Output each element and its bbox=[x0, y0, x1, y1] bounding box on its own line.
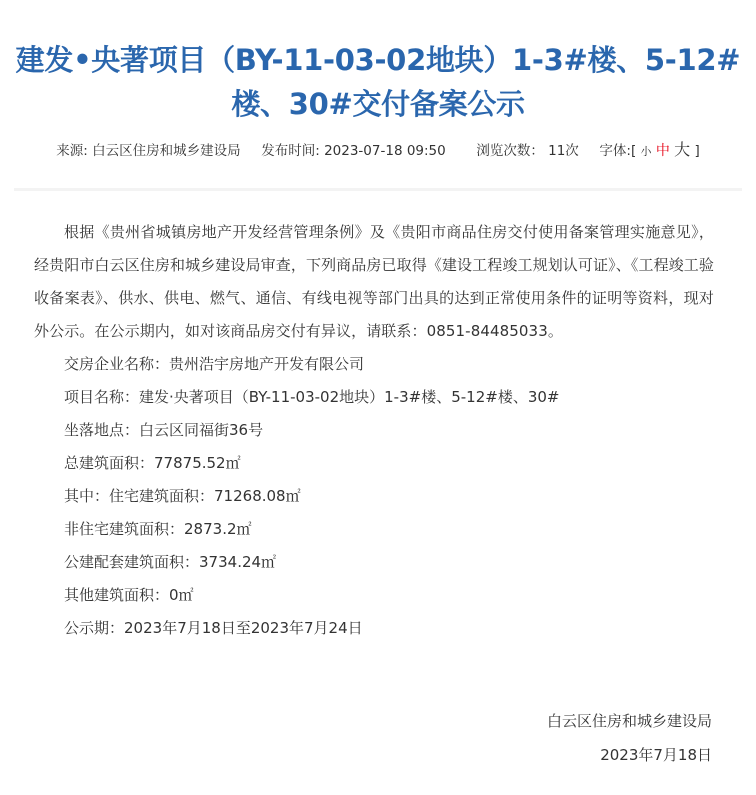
field-value: 77875.52㎡ bbox=[154, 454, 241, 472]
field-residential-area: 其中：住宅建筑面积：71268.08㎡ bbox=[34, 480, 714, 513]
article-body: 根据《贵州省城镇房地产开发经营管理条例》及《贵阳市商品住房交付使用备案管理实施意… bbox=[34, 216, 714, 645]
field-label: 项目名称： bbox=[64, 388, 139, 406]
field-label: 交房企业名称： bbox=[64, 355, 169, 373]
header-divider bbox=[14, 188, 742, 191]
field-label: 其中：住宅建筑面积： bbox=[64, 487, 214, 505]
field-value: 白云区同福街36号 bbox=[139, 421, 263, 439]
field-project-name: 项目名称：建发·央著项目（BY-11-03-02地块）1-3#楼、5-12#楼、… bbox=[34, 381, 714, 414]
field-non-residential-area: 非住宅建筑面积：2873.2㎡ bbox=[34, 513, 714, 546]
field-total-area: 总建筑面积：77875.52㎡ bbox=[34, 447, 714, 480]
font-size-large-button[interactable]: 大 bbox=[674, 140, 690, 159]
signature-date: 2023年7月18日 bbox=[412, 744, 712, 765]
field-value: 贵州浩宇房地产开发有限公司 bbox=[169, 355, 364, 373]
font-size-small-button[interactable]: 小 bbox=[641, 145, 652, 158]
field-publicity-period: 公示期：2023年7月18日至2023年7月24日 bbox=[34, 612, 714, 645]
font-size-close-bracket: ] bbox=[694, 143, 699, 159]
field-label: 公示期： bbox=[64, 619, 124, 637]
publish-time-label: 发布时间: bbox=[261, 143, 320, 159]
field-value: 71268.08㎡ bbox=[214, 487, 301, 505]
intro-paragraph: 根据《贵州省城镇房地产开发经营管理条例》及《贵阳市商品住房交付使用备案管理实施意… bbox=[34, 216, 714, 348]
field-other-area: 其他建筑面积：0㎡ bbox=[34, 579, 714, 612]
field-value: 建发·央著项目（BY-11-03-02地块）1-3#楼、5-12#楼、30# bbox=[139, 388, 559, 406]
field-location: 坐落地点：白云区同福街36号 bbox=[34, 414, 714, 447]
view-count-value: 11次 bbox=[548, 143, 579, 159]
field-value: 3734.24㎡ bbox=[199, 553, 276, 571]
field-label: 其他建筑面积： bbox=[64, 586, 169, 604]
field-value: 0㎡ bbox=[169, 586, 194, 604]
signature-organization: 白云区住房和城乡建设局 bbox=[412, 710, 712, 731]
source-value: 白云区住房和城乡建设局 bbox=[92, 143, 241, 159]
publish-time-value: 2023-07-18 09:50 bbox=[324, 143, 446, 159]
field-label: 总建筑面积： bbox=[64, 454, 154, 472]
article-meta: 来源: 白云区住房和城乡建设局 发布时间: 2023-07-18 09:50 浏… bbox=[0, 137, 756, 160]
page-title: 建发•央著项目（BY-11-03-02地块）1-3#楼、5-12#楼、30#交付… bbox=[0, 38, 756, 126]
view-count-label: 浏览次数： bbox=[476, 143, 544, 159]
field-developer: 交房企业名称：贵州浩宇房地产开发有限公司 bbox=[34, 348, 714, 381]
field-label: 坐落地点： bbox=[64, 421, 139, 439]
field-label: 公建配套建筑面积： bbox=[64, 553, 199, 571]
field-public-facility-area: 公建配套建筑面积：3734.24㎡ bbox=[34, 546, 714, 579]
field-label: 非住宅建筑面积： bbox=[64, 520, 184, 538]
font-size-medium-button[interactable]: 中 bbox=[656, 143, 670, 159]
field-value: 2873.2㎡ bbox=[184, 520, 252, 538]
source-label: 来源: bbox=[56, 143, 88, 159]
field-value: 2023年7月18日至2023年7月24日 bbox=[124, 619, 363, 637]
font-size-label: 字体:[ bbox=[599, 143, 636, 159]
